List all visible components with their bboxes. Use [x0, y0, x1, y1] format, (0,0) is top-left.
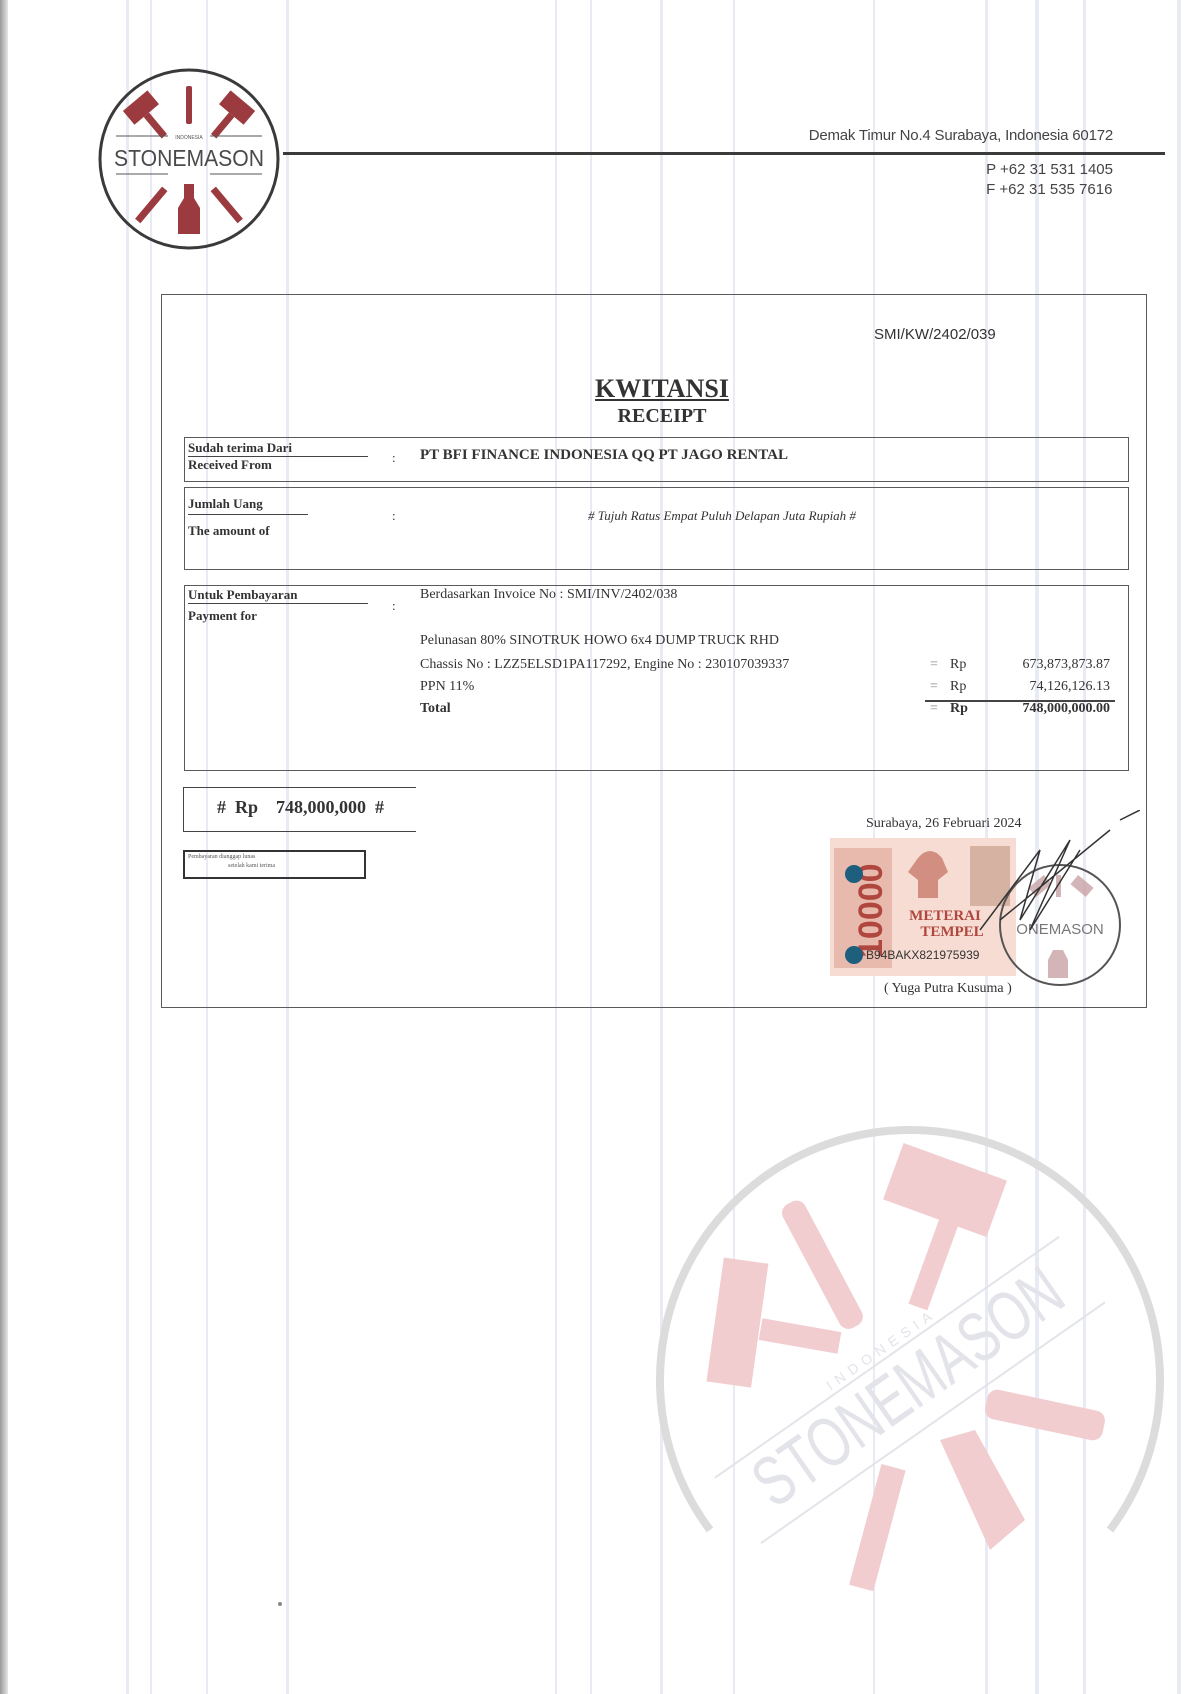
payment-note: Pembayaran dianggap lunas setelah kami t…: [183, 850, 366, 879]
receipt-title: KWITANSI: [0, 374, 1200, 404]
company-phone: P +62 31 531 1405: [986, 160, 1113, 180]
line-amount: 74,126,126.13: [1030, 679, 1111, 695]
payment-line: PPN 11% = Rp 74,126,126.13: [420, 679, 1110, 701]
svg-text:STONEMASON: STONEMASON: [738, 1252, 1078, 1522]
payment-lines: Chassis No : LZZ5ELSD1PA117292, Engine N…: [420, 657, 1110, 723]
amount-words-row: [184, 487, 1129, 570]
stonemason-watermark: STONEMASON INDONESIA: [640, 1100, 1180, 1620]
received-from-value: PT BFI FINANCE INDONESIA QQ PT JAGO RENT…: [420, 447, 788, 464]
receipt-subtitle: RECEIPT: [0, 405, 1200, 428]
line-label: Chassis No : LZZ5ELSD1PA117292, Engine N…: [420, 657, 789, 673]
header-divider: [283, 152, 1165, 155]
amount-words-label: Jumlah Uang The amount of: [188, 496, 308, 539]
invoice-reference: Berdasarkan Invoice No : SMI/INV/2402/03…: [420, 587, 677, 603]
company-logo: INDONESIA STONEMASON: [96, 66, 282, 252]
payment-description: Pelunasan 80% SINOTRUK HOWO 6x4 DUMP TRU…: [420, 633, 779, 649]
received-from-colon: :: [392, 450, 396, 466]
amount-words-colon: :: [392, 508, 396, 524]
svg-text:STONEMASON: STONEMASON: [114, 145, 264, 171]
line-label: PPN 11%: [420, 679, 474, 695]
payment-for-colon: :: [392, 598, 396, 614]
line-label: Total: [420, 701, 451, 717]
payment-line-total: Total = Rp 748,000,000.00: [420, 701, 1110, 723]
amount-box-value: # Rp 748,000,000 #: [217, 797, 384, 818]
company-contact: P +62 31 531 1405 F +62 31 535 7616: [986, 160, 1113, 200]
company-seal-signature: ONEMASON: [960, 810, 1140, 1000]
svg-text:ONEMASON: ONEMASON: [1016, 921, 1104, 938]
payment-for-label: Untuk Pembayaran Payment for: [188, 587, 368, 624]
received-from-label: Sudah terima Dari Received From: [188, 440, 368, 473]
total-amount: 748,000,000.00: [1023, 701, 1111, 717]
scan-speck: [278, 1602, 282, 1606]
svg-text:INDONESIA: INDONESIA: [175, 135, 203, 141]
payment-line: Chassis No : LZZ5ELSD1PA117292, Engine N…: [420, 657, 1110, 679]
company-address: Demak Timur No.4 Surabaya, Indonesia 601…: [809, 127, 1113, 144]
signer-name: ( Yuga Putra Kusuma ): [884, 981, 1012, 997]
company-fax: F +62 31 535 7616: [986, 180, 1113, 200]
line-amount: 673,873,873.87: [1023, 657, 1111, 673]
document-number: SMI/KW/2402/039: [874, 326, 996, 343]
amount-words-value: # Tujuh Ratus Empat Puluh Delapan Juta R…: [588, 508, 856, 524]
